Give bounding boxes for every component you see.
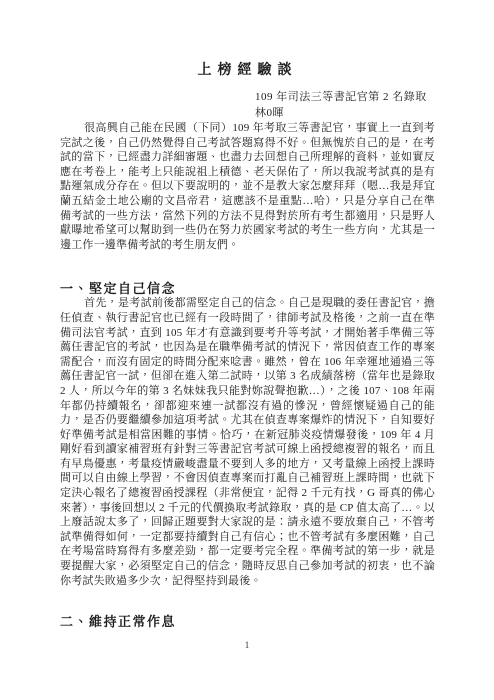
byline-exam-result: 109 年司法三等書記官第 2 名錄取: [255, 90, 435, 106]
section-heading-1: 一、堅定自己信念: [60, 281, 435, 296]
byline-author-name: 林0暉: [255, 106, 435, 122]
byline: 109 年司法三等書記官第 2 名錄取 林0暉: [255, 90, 435, 121]
page-number: 1: [0, 640, 494, 650]
document-title: 上榜經驗談: [60, 62, 435, 79]
section-1-paragraph: 首先，是考試前後都需堅定自己的信念。自己是現職的委任書記官，擔任偵查、執行書記官…: [60, 296, 435, 588]
document-page: 上榜經驗談 109 年司法三等書記官第 2 名錄取 林0暉 很高興自己能在民國（…: [0, 0, 494, 700]
section-heading-2: 二、維持正常作息: [60, 614, 435, 629]
intro-paragraph: 很高興自己能在民國（下同）109 年考取三等書記官，事實上一直到考完試之後，自己…: [60, 121, 435, 252]
